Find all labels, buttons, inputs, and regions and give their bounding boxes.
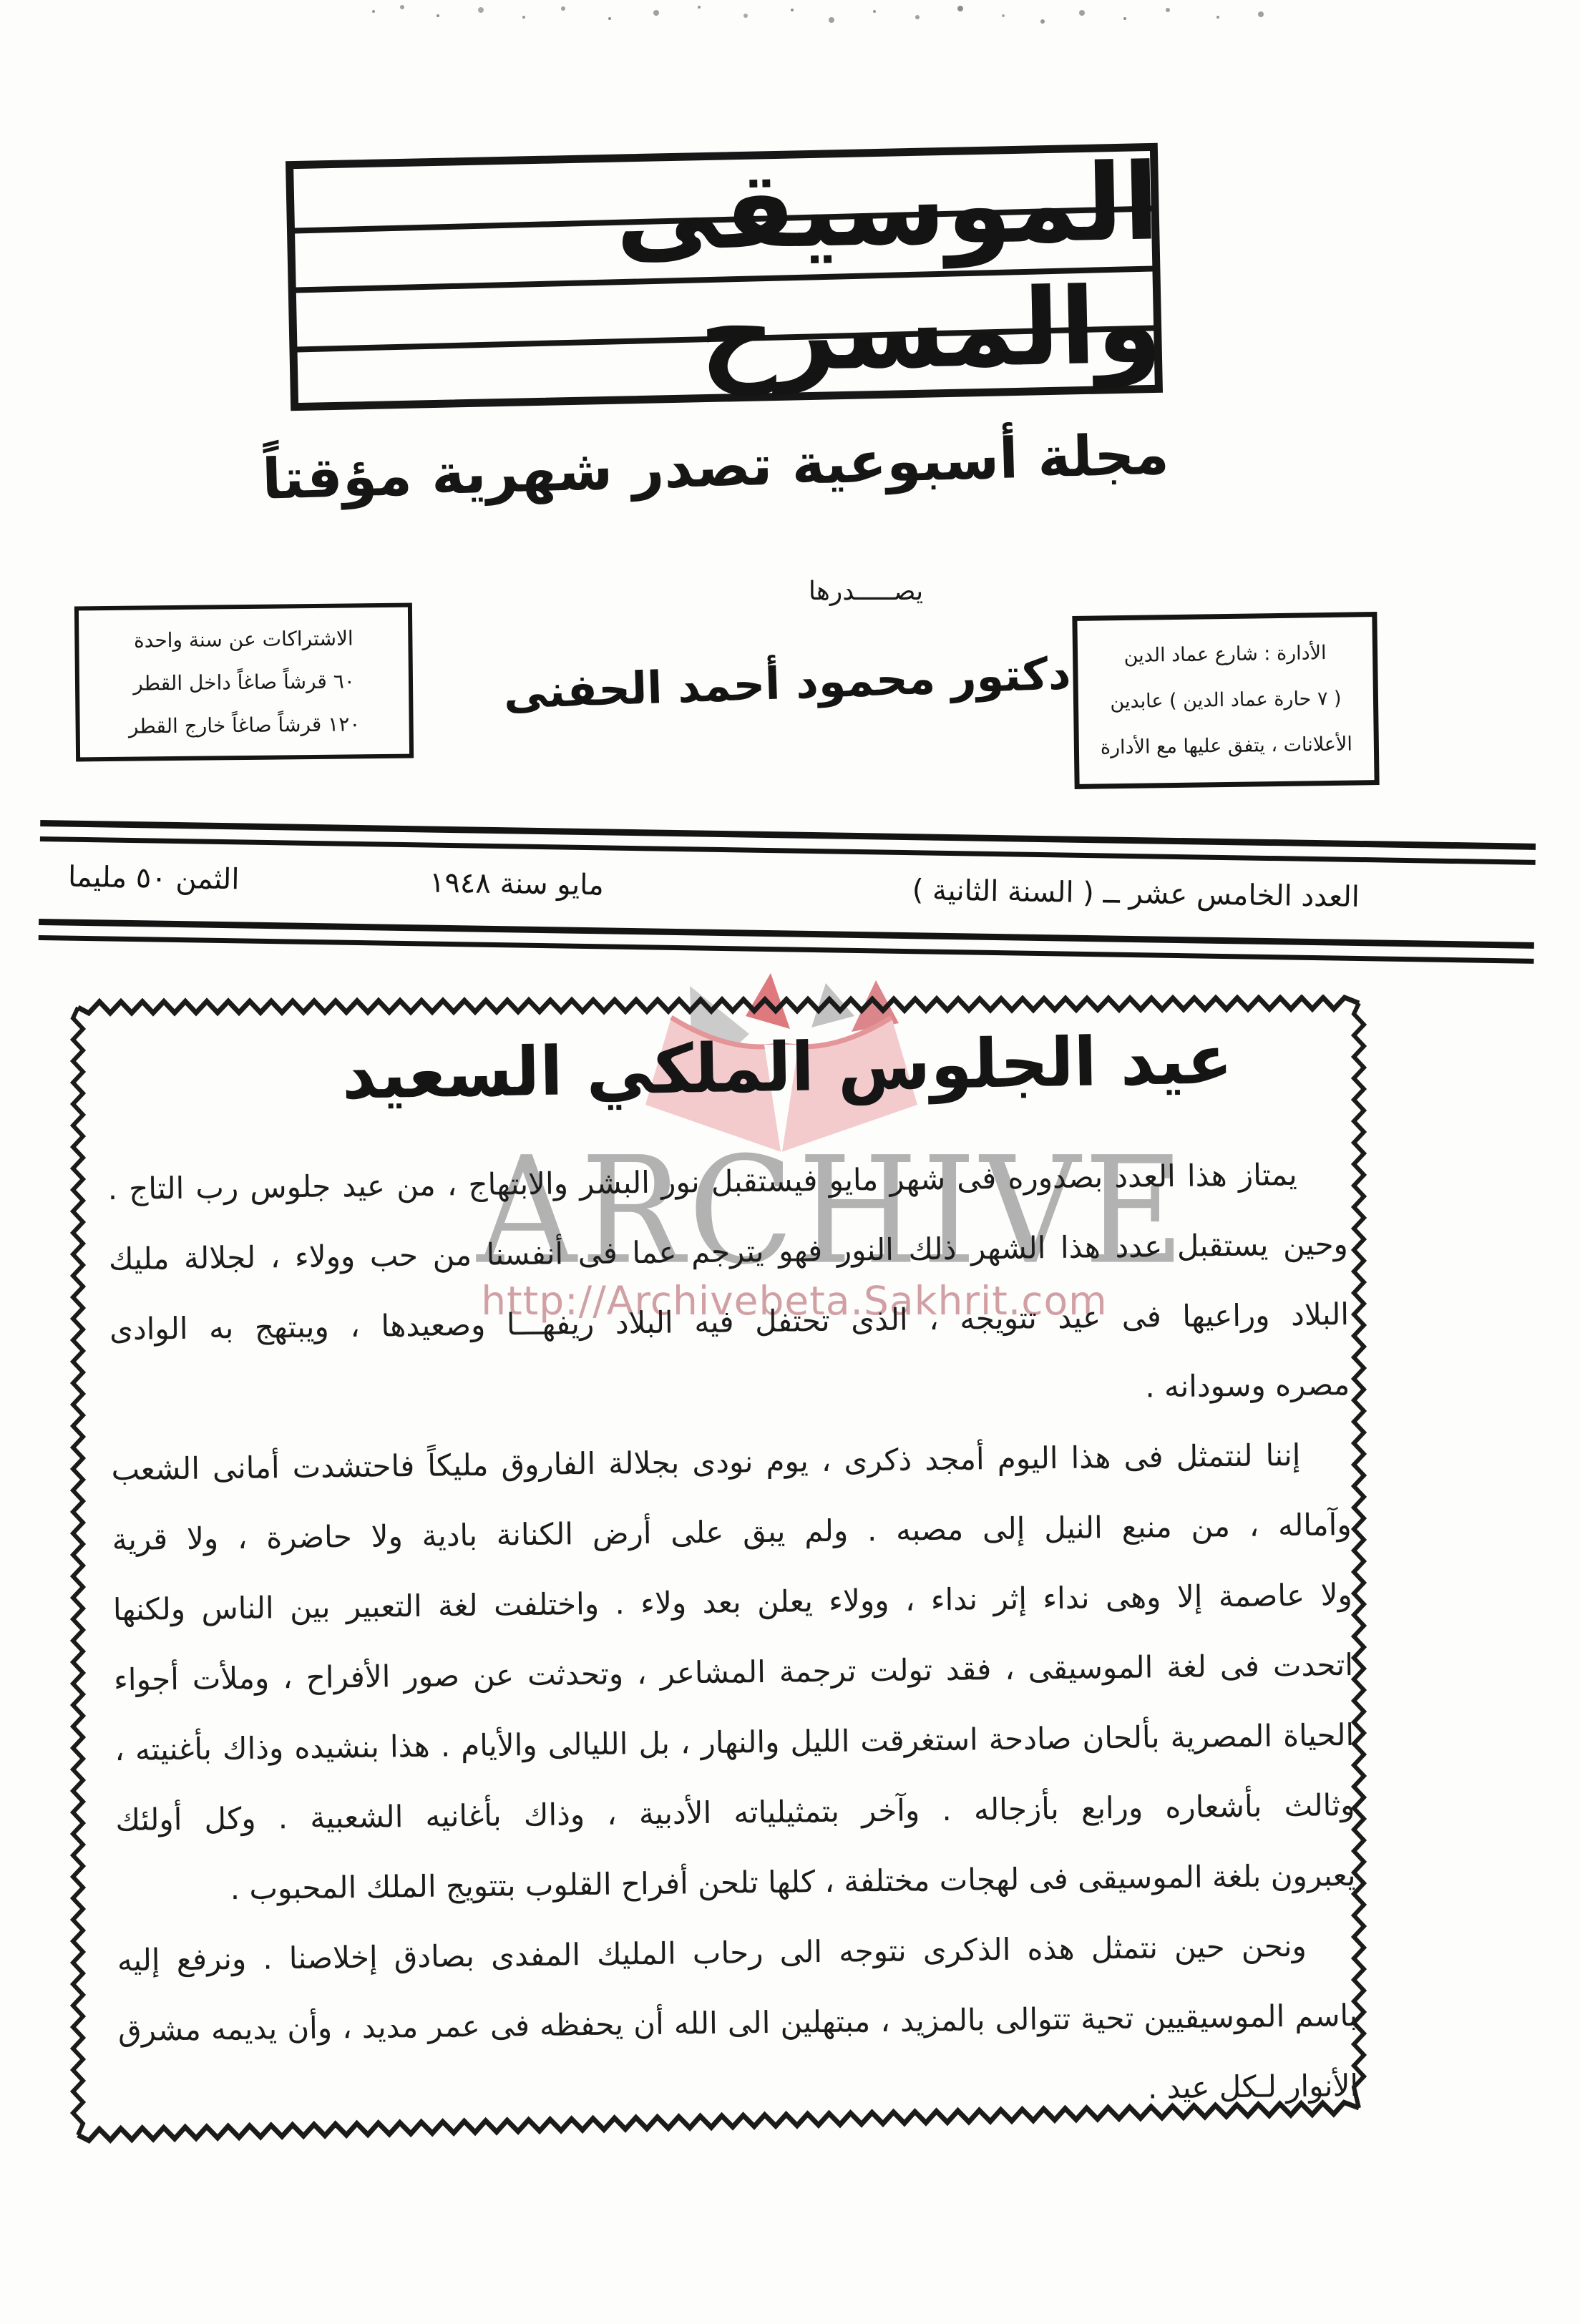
administration-box: الأدارة : شارع عماد الدين ( ٧ حارة عماد …: [1072, 612, 1379, 789]
article-body: يمتاز هذا العدد بصدوره فى شهر مايو فيستق…: [107, 1139, 1359, 2136]
issue-price: الثمن ٥٠ مليما: [68, 861, 240, 897]
publisher-label: يصـــــدرها: [751, 577, 980, 606]
issue-date: مايو سنة ١٩٤٨: [429, 866, 605, 902]
administration-line: ( ٧ حارة عماد الدين ) عابدين: [1084, 675, 1368, 726]
issue-number: العدد الخامس عشر ــ ( السنة الثانية ): [912, 874, 1360, 914]
administration-line: الأعلانات ، يتفق عليها مع الأدارة: [1084, 721, 1368, 771]
scan-noise-specks: [372, 10, 375, 13]
subscription-line: ٦٠ قرشاً صاغاً داخل القطر: [87, 659, 402, 705]
subscription-line: الاشتراكات عن سنة واحدة: [86, 616, 401, 663]
subscription-line: ١٢٠ قرشاً صاغاً خارج القطر: [87, 702, 402, 748]
publisher-name: دكتور محمود أحمد الحفنى: [464, 645, 1110, 720]
subscription-box: الاشتراكات عن سنة واحدة ٦٠ قرشاً صاغاً د…: [74, 603, 414, 762]
magazine-title-calligraphy: الموسيقى والمسرح: [285, 134, 1163, 411]
scanned-magazine-page: { "masthead": { "logo_title": "الموسيقى …: [0, 0, 1580, 2324]
magazine-subtitle: مجلة أسبوعية تصدر شهرية مؤقتاً: [214, 421, 1217, 513]
issue-band: العدد الخامس عشر ــ ( السنة الثانية ) ما…: [39, 820, 1536, 964]
administration-line: الأدارة : شارع عماد الدين: [1083, 630, 1367, 680]
